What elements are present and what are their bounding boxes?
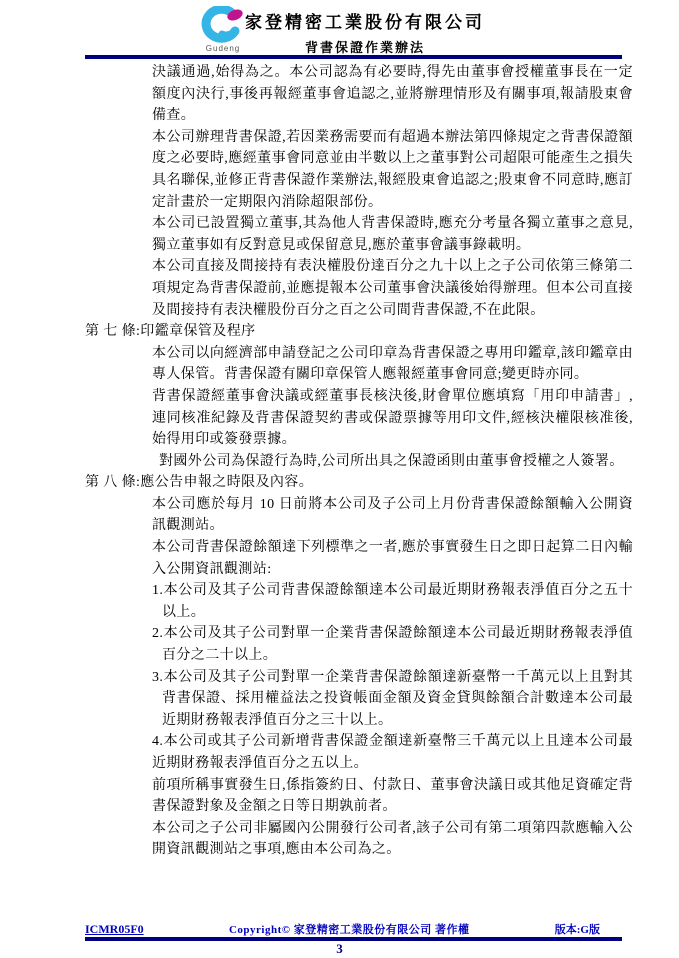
company-name: 家登精密工業股份有限公司 xyxy=(85,8,645,33)
paragraph: 決議通過,始得為之。本公司認為有必要時,得先由董事會授權董事長在一定額度內決行,… xyxy=(152,62,633,127)
paragraph: 本公司已設置獨立董事,其為他人背書保證時,應充分考量各獨立董事之意見,獨立董事如… xyxy=(152,213,633,256)
article-heading: 第 八 條:應公告申報之時限及內容。 xyxy=(85,472,633,494)
document-code: ICMR05F0 xyxy=(85,922,144,937)
list-item: 3.本公司及其子公司對單一企業背書保證餘額達新臺幣一千萬元以上且對其背書保證、採… xyxy=(152,667,633,732)
version-label: 版本:G版 xyxy=(555,921,622,937)
document-title: 背書保證作業辦法 xyxy=(85,37,645,56)
copyright-text: Copyright© 家登精密工業股份有限公司 著作權 xyxy=(229,921,470,937)
document-body: 決議通過,始得為之。本公司認為有必要時,得先由董事會授權董事長在一定額度內決行,… xyxy=(85,62,633,861)
list-item: 4.本公司或其子公司新增背書保證金額達新臺幣三千萬元以上且達本公司最近期財務報表… xyxy=(152,731,633,774)
paragraph: 本公司應於每月 10 日前將本公司及子公司上月份背書保證餘額輸入公開資訊觀測站。 xyxy=(152,494,633,537)
paragraph: 對國外公司為保證行為時,公司所出具之保證函則由董事會授權之人簽署。 xyxy=(159,451,633,473)
paragraph: 本公司背書保證餘額達下列標準之一者,應於事實發生日之即日起算二日內輸入公開資訊觀… xyxy=(152,537,633,580)
paragraph: 前項所稱事實發生日,係指簽約日、付款日、董事會決議日或其他足資確定背書保證對象及… xyxy=(152,775,633,818)
list-item: 1.本公司及其子公司背書保證餘額達本公司最近期財務報表淨值百分之五十以上。 xyxy=(152,580,633,623)
paragraph: 本公司直接及間接持有表決權股份達百分之九十以上之子公司依第三條第二項規定為背書保… xyxy=(152,256,633,321)
header-titles: 家登精密工業股份有限公司 背書保證作業辦法 xyxy=(85,8,645,56)
document-page: Gudeng 家登精密工業股份有限公司 背書保證作業辦法 決議通過,始得為之。本… xyxy=(0,0,679,958)
page-number: 3 xyxy=(0,941,679,957)
paragraph: 本公司以向經濟部申請登記之公司印章為背書保證之專用印鑑章,該印鑑章由專人保管。背… xyxy=(152,343,633,386)
paragraph: 背書保證經董事會決議或經董事長核決後,財會單位應填寫「用印申請書」,連同核准紀錄… xyxy=(152,386,633,451)
page-footer: ICMR05F0 Copyright© 家登精密工業股份有限公司 著作權 版本:… xyxy=(85,921,622,937)
list-item: 2.本公司及其子公司對單一企業背書保證餘額達本公司最近期財務報表淨值百分之二十以… xyxy=(152,623,633,666)
paragraph: 本公司辦理背書保證,若因業務需要而有超過本辦法第四條規定之背書保證額度之必要時,… xyxy=(152,127,633,213)
article-heading: 第 七 條:印鑑章保管及程序 xyxy=(85,321,633,343)
header-rule xyxy=(85,55,622,59)
paragraph: 本公司之子公司非屬國內公開發行公司者,該子公司有第二項第四款應輸入公開資訊觀測站… xyxy=(152,818,633,861)
